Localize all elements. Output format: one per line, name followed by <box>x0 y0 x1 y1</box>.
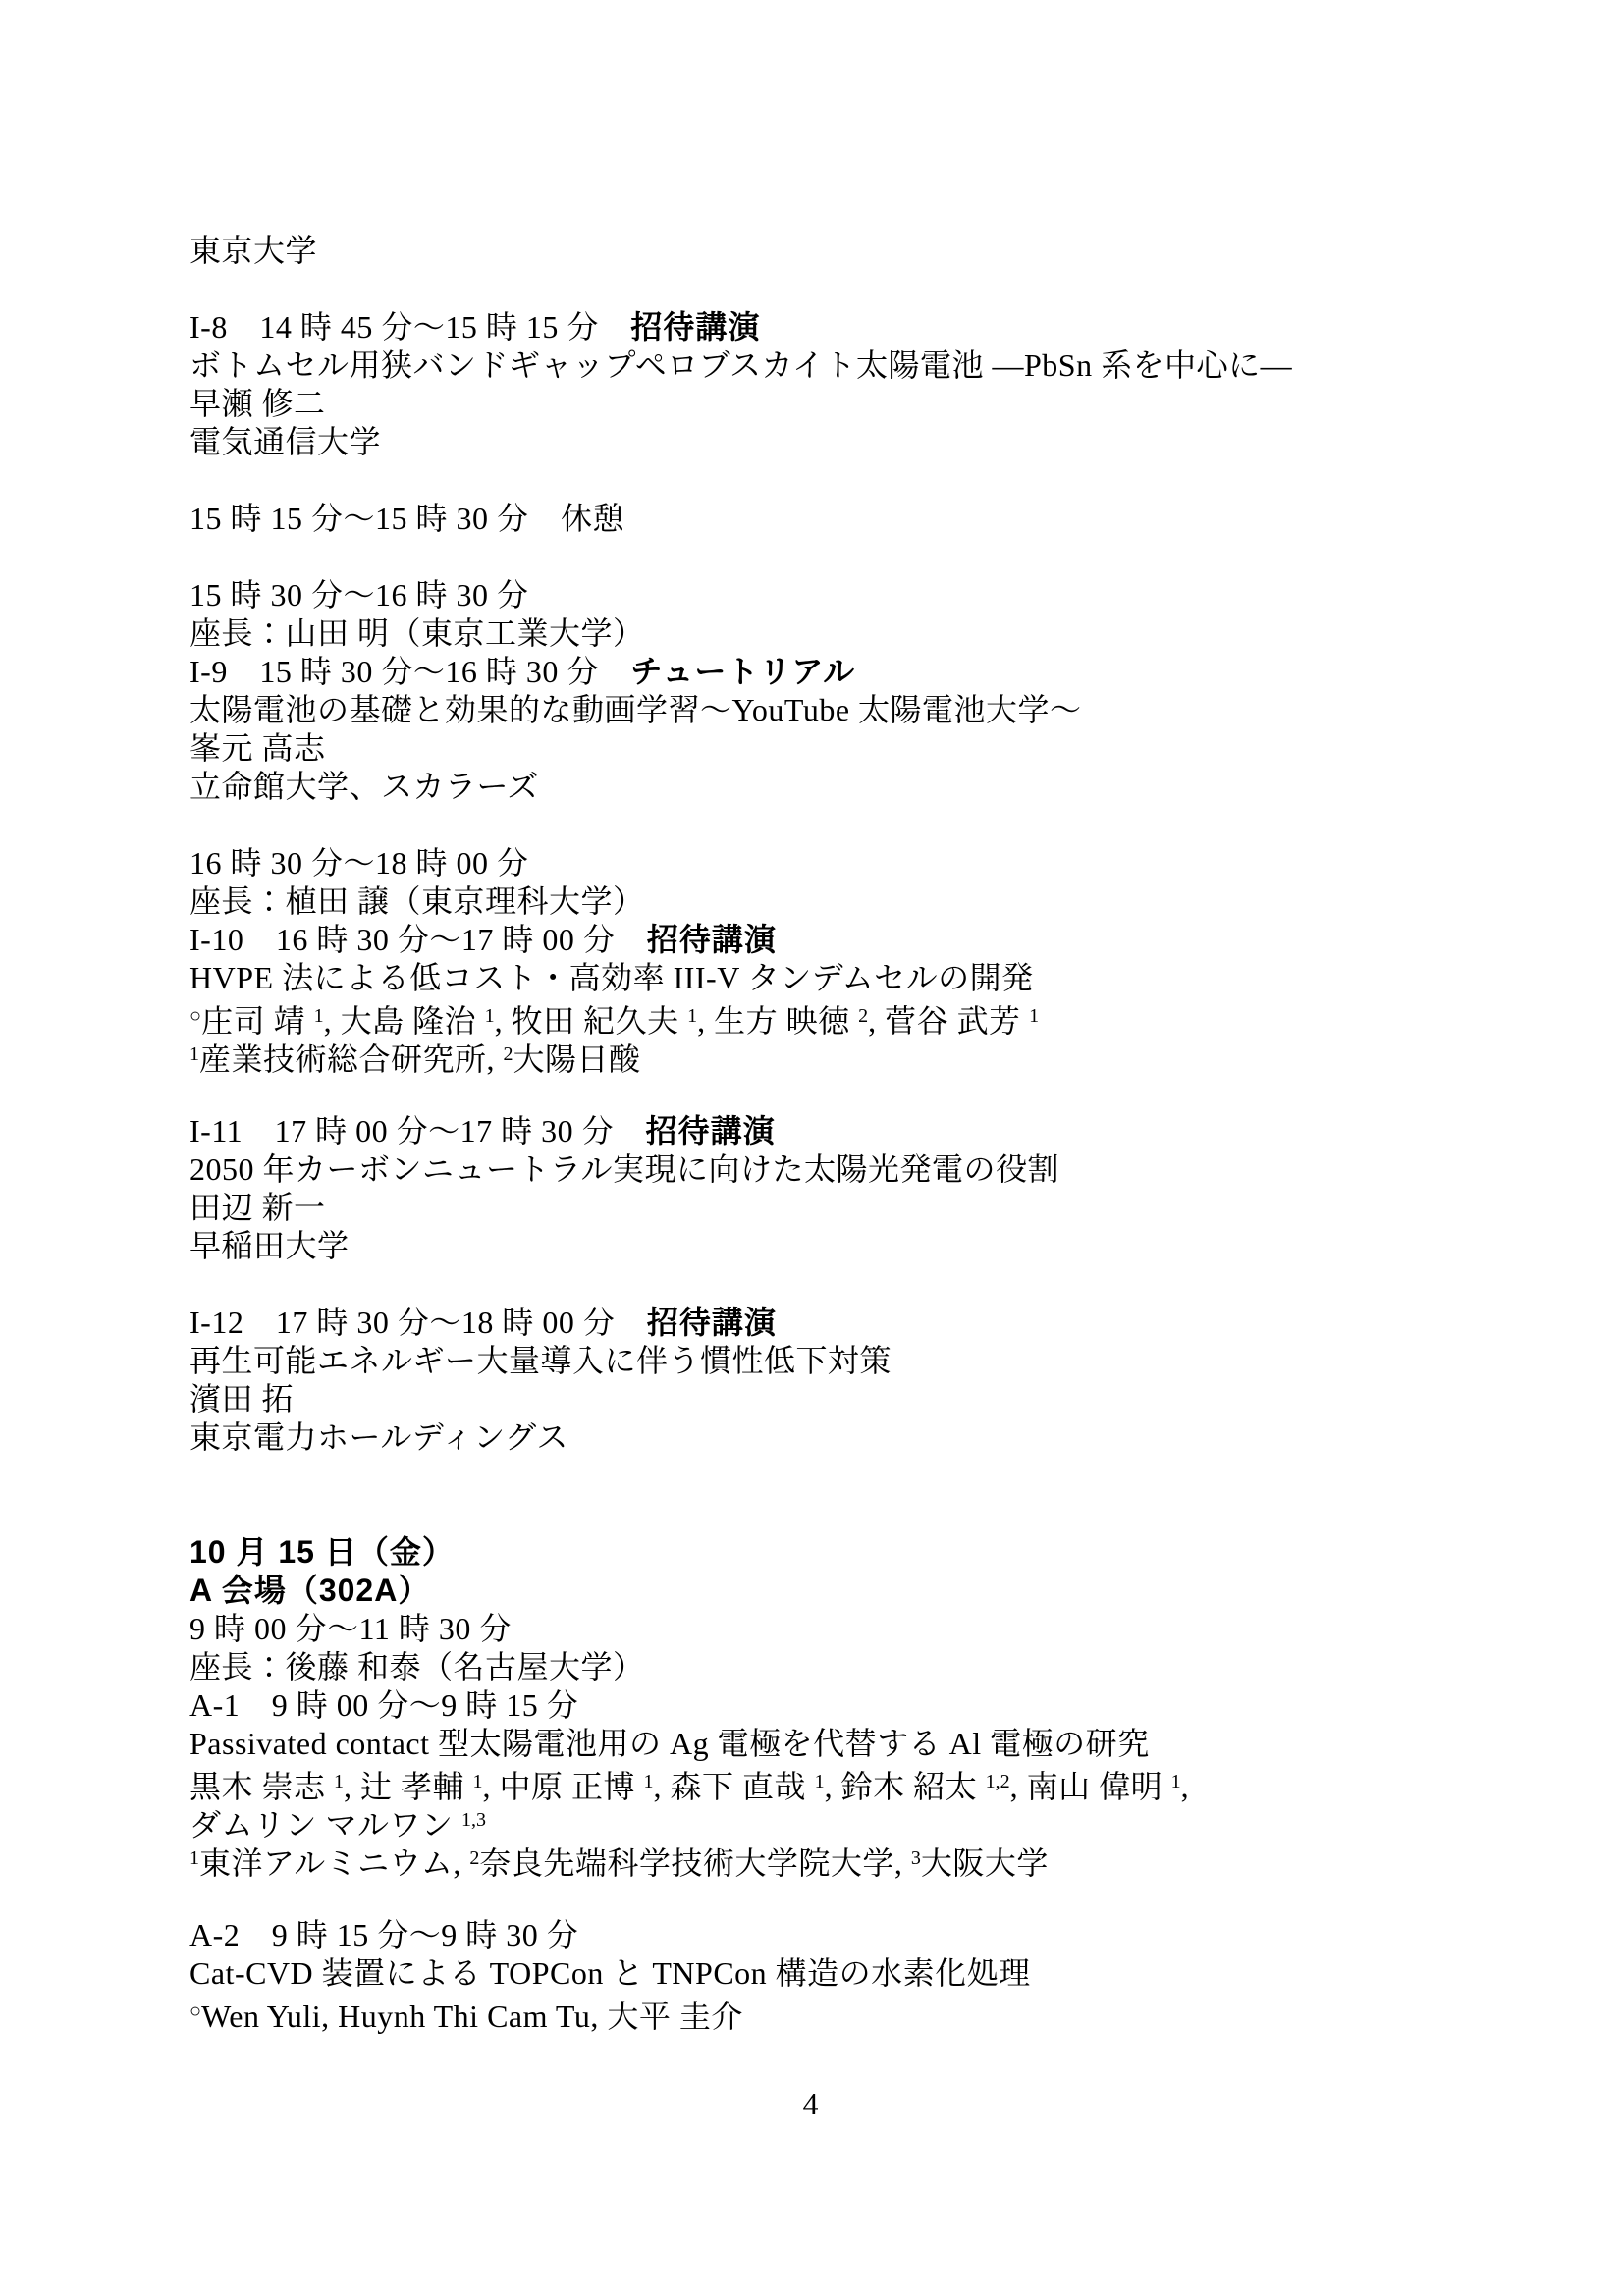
superscript-run: 1 <box>189 1043 199 1065</box>
bold-run: 招待講演 <box>647 922 777 957</box>
text-line: 座長：後藤 和泰（名古屋大学） <box>189 1648 1525 1686</box>
text-run: , 牧田 紀久夫 <box>495 1003 688 1039</box>
text-run: , <box>1181 1769 1190 1804</box>
superscript-run: 1,2 <box>986 1771 1010 1792</box>
superscript-run: 1,3 <box>461 1809 486 1831</box>
superscript-run: 2 <box>858 1005 868 1027</box>
text-run: 大阪大学 <box>921 1845 1049 1881</box>
text-run: A-2 9 時 15 分～9 時 30 分 <box>189 1917 578 1952</box>
superscript-run: 1 <box>815 1771 825 1792</box>
text-run: 16 時 30 分～18 時 00 分 <box>189 845 529 881</box>
superscript-run: 2 <box>469 1847 479 1869</box>
text-line: 峯元 高志 <box>189 729 1525 768</box>
text-run: 産業技術総合研究所, <box>199 1041 504 1077</box>
text-line: 10 月 15 日（金） <box>189 1533 1525 1572</box>
text-run: 立命館大学、スカラーズ <box>189 769 539 804</box>
text-run: 太陽電池の基礎と効果的な動画学習～YouTube 太陽電池大学～ <box>189 692 1082 727</box>
text-line: I-11 17 時 00 分～17 時 30 分 招待講演 <box>189 1112 1525 1150</box>
text-run: , 南山 偉明 <box>1010 1769 1171 1804</box>
text-run: 2050 年カーボンニュートラル実現に向けた太陽光発電の役割 <box>189 1151 1059 1187</box>
text-run: 9 時 00 分～11 時 30 分 <box>189 1611 512 1646</box>
text-line: 立命館大学、スカラーズ <box>189 768 1525 806</box>
superscript-run: 1 <box>189 1847 199 1869</box>
text-run: , 鈴木 紹太 <box>825 1769 986 1804</box>
text-run: 15 時 30 分～16 時 30 分 <box>189 577 529 613</box>
text-line: HVPE 法による低コスト・高効率 III-V タンデムセルの開発 <box>189 959 1525 997</box>
text-line: 15 時 15 分～15 時 30 分 休憩 <box>189 500 1525 538</box>
text-run: 座長：植田 譲（東京理科大学） <box>189 883 645 919</box>
bold-run: 招待講演 <box>646 1113 776 1148</box>
text-run: I-8 14 時 45 分～15 時 15 分 <box>189 309 630 345</box>
text-run: 黒木 崇志 <box>189 1769 334 1804</box>
text-run: , 中原 正博 <box>483 1769 644 1804</box>
text-run: 濱田 拓 <box>189 1381 294 1416</box>
text-line: 早瀬 修二 <box>189 385 1525 423</box>
text-run: I-10 16 時 30 分～17 時 00 分 <box>189 922 647 957</box>
text-run: , 生方 映徳 <box>697 1003 858 1039</box>
text-line: 座長：植田 譲（東京理科大学） <box>189 882 1525 921</box>
blank-line <box>189 461 1525 500</box>
text-line: I-8 14 時 45 分～15 時 15 分 招待講演 <box>189 308 1525 347</box>
text-run: 田辺 新一 <box>189 1190 326 1225</box>
document-body: 東京大学I-8 14 時 45 分～15 時 15 分 招待講演ボトムセル用狭バ… <box>189 232 1525 2031</box>
superscript-run: 1 <box>687 1005 697 1027</box>
text-run: 奈良先端科学技術大学院大学, <box>479 1845 911 1881</box>
text-line: Cat-CVD 装置による TOPCon と TNPCon 構造の水素化処理 <box>189 1954 1525 1993</box>
text-line: 電気通信大学 <box>189 423 1525 461</box>
text-line: A-1 9 時 00 分～9 時 15 分 <box>189 1686 1525 1725</box>
text-run: 東京電力ホールディングス <box>189 1419 568 1455</box>
text-line: 田辺 新一 <box>189 1189 1525 1227</box>
text-line: 太陽電池の基礎と効果的な動画学習～YouTube 太陽電池大学～ <box>189 691 1525 729</box>
text-run: 東洋アルミニウム, <box>199 1845 469 1881</box>
text-line: I-10 16 時 30 分～17 時 00 分 招待講演 <box>189 921 1525 959</box>
text-line: 9 時 00 分～11 時 30 分 <box>189 1610 1525 1648</box>
superscript-run: 1 <box>1171 1771 1181 1792</box>
text-run: , 森下 直哉 <box>654 1769 815 1804</box>
bold-run: 招待講演 <box>647 1305 777 1340</box>
text-line: ダムリン マルワン 1,3 <box>189 1801 1525 1840</box>
text-run: I-9 15 時 30 分～16 時 30 分 <box>189 654 630 689</box>
blank-line <box>189 1074 1525 1112</box>
blank-line <box>189 1878 1525 1916</box>
superscript-run: 3 <box>911 1847 921 1869</box>
superscript-run: 1 <box>644 1771 654 1792</box>
text-run: 再生可能エネルギー大量導入に伴う慣性低下対策 <box>189 1343 892 1378</box>
text-run: 東京大学 <box>189 233 317 268</box>
text-run: I-12 17 時 30 分～18 時 00 分 <box>189 1305 647 1340</box>
text-run: Passivated contact 型太陽電池用の Ag 電極を代替する Al… <box>189 1726 1150 1761</box>
bold-run: 招待講演 <box>630 309 760 345</box>
page-number: 4 <box>0 2085 1621 2123</box>
text-line: 東京電力ホールディングス <box>189 1418 1525 1457</box>
superscript-run: 1 <box>485 1005 495 1027</box>
blank-line <box>189 1265 1525 1304</box>
superscript-run: 1 <box>473 1771 483 1792</box>
text-line: 16 時 30 分～18 時 00 分 <box>189 844 1525 882</box>
text-line: 早稲田大学 <box>189 1227 1525 1265</box>
text-line: 1産業技術総合研究所, 2大陽日酸 <box>189 1036 1525 1074</box>
text-line: 黒木 崇志 1, 辻 孝輔 1, 中原 正博 1, 森下 直哉 1, 鈴木 紹太… <box>189 1763 1525 1801</box>
text-run: ダムリン マルワン <box>189 1807 461 1842</box>
superscript-run: 1 <box>314 1005 324 1027</box>
superscript-run: ○ <box>189 2001 201 2022</box>
text-line: 濱田 拓 <box>189 1380 1525 1418</box>
text-line: 座長：山田 明（東京工業大学） <box>189 614 1525 653</box>
superscript-run: 2 <box>504 1043 513 1065</box>
text-run: I-11 17 時 00 分～17 時 30 分 <box>189 1113 646 1148</box>
blank-line <box>189 270 1525 308</box>
text-line: 再生可能エネルギー大量導入に伴う慣性低下対策 <box>189 1342 1525 1380</box>
text-run: 早瀬 修二 <box>189 386 326 421</box>
text-run: 峯元 高志 <box>189 730 326 766</box>
text-run: HVPE 法による低コスト・高効率 III-V タンデムセルの開発 <box>189 960 1034 995</box>
text-run: 座長：山田 明（東京工業大学） <box>189 615 645 651</box>
text-line: ボトムセル用狭バンドギャップペロブスカイト太陽電池 ―PbSn 系を中心に― <box>189 347 1525 385</box>
text-run: 大陽日酸 <box>513 1041 641 1077</box>
bold-run: 10 月 15 日（金） <box>189 1534 455 1570</box>
text-run: , 辻 孝輔 <box>344 1769 473 1804</box>
text-run: , 大島 隆治 <box>324 1003 485 1039</box>
text-run: 早稲田大学 <box>189 1228 350 1263</box>
text-line: 2050 年カーボンニュートラル実現に向けた太陽光発電の役割 <box>189 1150 1525 1189</box>
text-line: ○庄司 靖 1, 大島 隆治 1, 牧田 紀久夫 1, 生方 映徳 2, 菅谷 … <box>189 997 1525 1036</box>
text-run: Cat-CVD 装置による TOPCon と TNPCon 構造の水素化処理 <box>189 1955 1031 1991</box>
text-line: I-9 15 時 30 分～16 時 30 分 チュートリアル <box>189 653 1525 691</box>
text-run: 15 時 15 分～15 時 30 分 休憩 <box>189 501 624 536</box>
bold-run: チュートリアル <box>630 654 855 689</box>
text-line: 東京大学 <box>189 232 1525 270</box>
text-run: , 菅谷 武芳 <box>868 1003 1029 1039</box>
document-page: 東京大学I-8 14 時 45 分～15 時 15 分 招待講演ボトムセル用狭バ… <box>0 0 1621 2296</box>
blank-line <box>189 538 1525 576</box>
blank-line <box>189 1495 1525 1533</box>
text-line: A-2 9 時 15 分～9 時 30 分 <box>189 1916 1525 1954</box>
text-run: 庄司 靖 <box>201 1003 314 1039</box>
bold-run: A 会場（302A） <box>189 1573 430 1608</box>
superscript-run: ○ <box>189 1005 201 1027</box>
text-line: ○Wen Yuli, Huynh Thi Cam Tu, 大平 圭介 <box>189 1993 1525 2031</box>
text-run: ボトムセル用狭バンドギャップペロブスカイト太陽電池 ―PbSn 系を中心に― <box>189 347 1292 383</box>
text-line: I-12 17 時 30 分～18 時 00 分 招待講演 <box>189 1304 1525 1342</box>
text-run: Wen Yuli, Huynh Thi Cam Tu, 大平 圭介 <box>201 1999 743 2034</box>
text-line: Passivated contact 型太陽電池用の Ag 電極を代替する Al… <box>189 1725 1525 1763</box>
text-line: 1東洋アルミニウム, 2奈良先端科学技術大学院大学, 3大阪大学 <box>189 1840 1525 1878</box>
blank-line <box>189 1457 1525 1495</box>
blank-line <box>189 806 1525 844</box>
text-line: 15 時 30 分～16 時 30 分 <box>189 576 1525 614</box>
text-run: 座長：後藤 和泰（名古屋大学） <box>189 1649 645 1684</box>
superscript-run: 1 <box>334 1771 344 1792</box>
text-run: A-1 9 時 00 分～9 時 15 分 <box>189 1687 578 1723</box>
superscript-run: 1 <box>1029 1005 1039 1027</box>
text-line: A 会場（302A） <box>189 1572 1525 1610</box>
text-run: 電気通信大学 <box>189 424 381 459</box>
